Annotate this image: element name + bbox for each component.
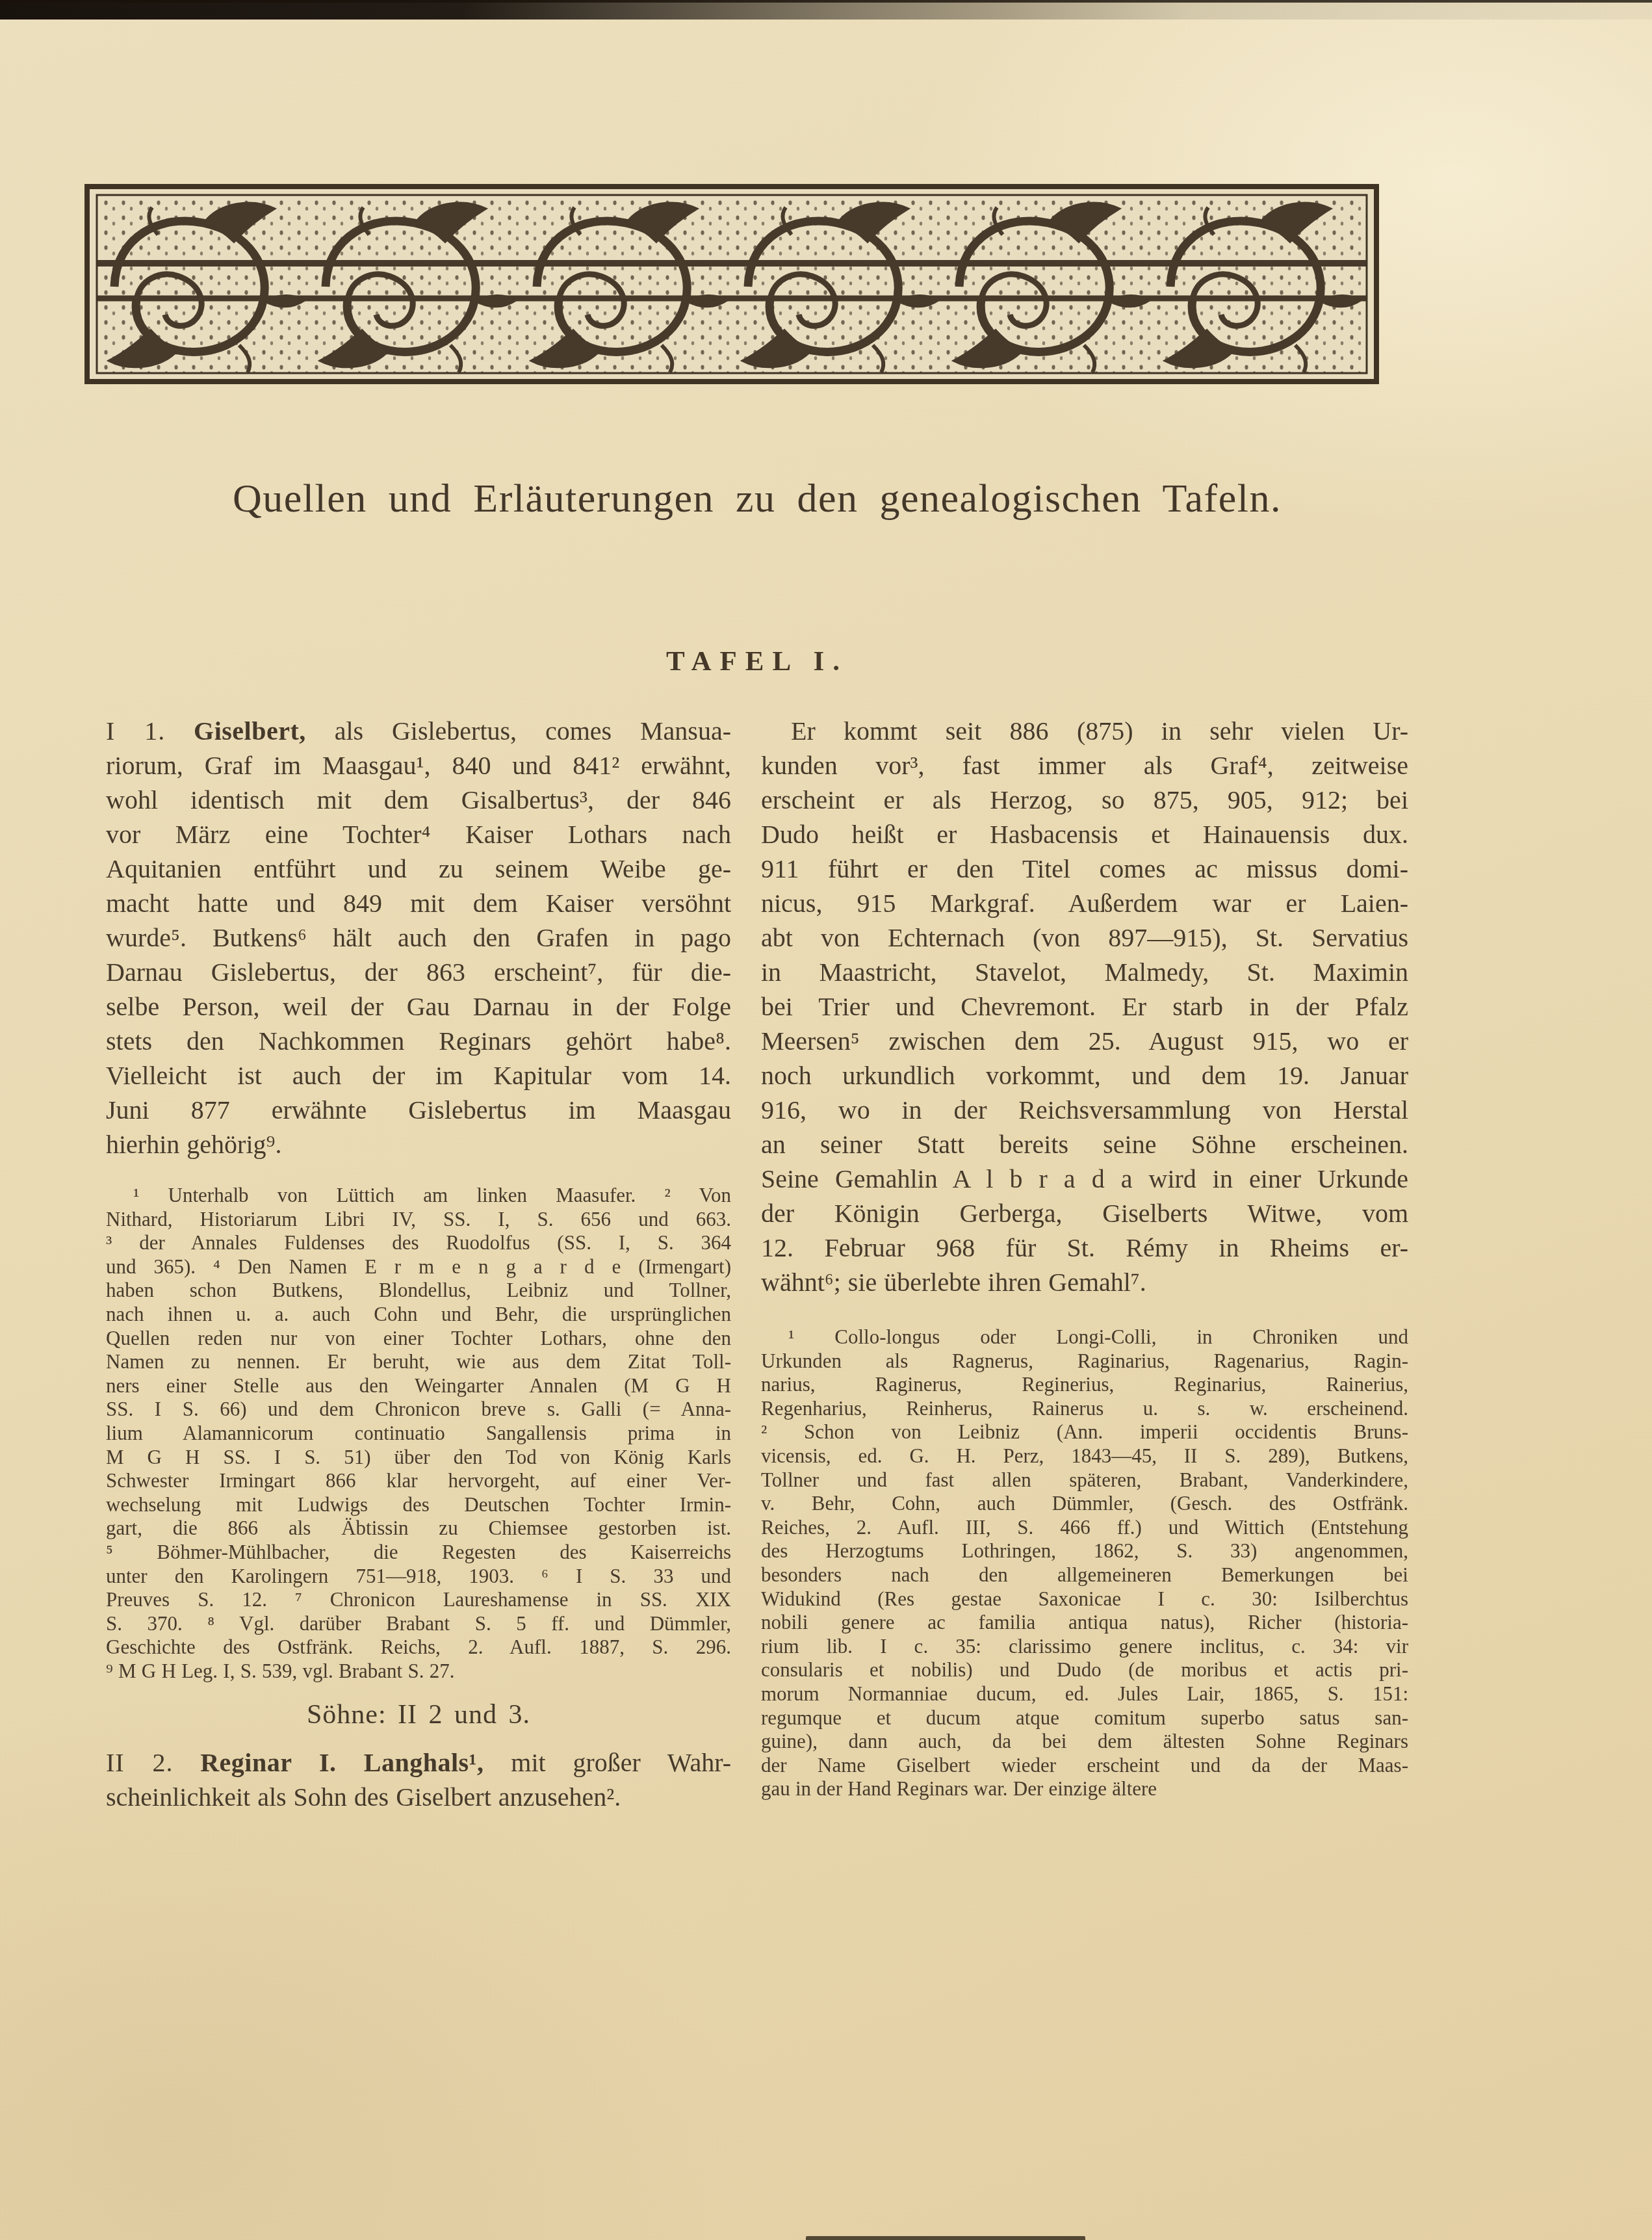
scan-top-edge xyxy=(0,0,1652,20)
text-line: morum Normanniae ducum, ed. Jules Lair, … xyxy=(761,1682,1408,1706)
text-line: noch urkundlich vorkommt, und dem 19. Ja… xyxy=(761,1058,1408,1093)
text-line: erscheint er als Herzog, so 875, 905, 91… xyxy=(761,783,1408,817)
entry-1-first-line-rest: als Gislebertus, comes Mansua- xyxy=(335,716,731,746)
entry-1-headword: Giselbert, xyxy=(194,716,306,746)
text-line: 12. Februar 968 für St. Rémy in Rheims e… xyxy=(761,1231,1408,1265)
text-line: Namen zu nennen. Er beruht, wie aus dem … xyxy=(106,1350,731,1374)
right-footnotes-block: ¹ Collo-longus oder Longi-Colli, in Chro… xyxy=(761,1325,1408,1801)
entry-2-paragraph: II 2. Reginar I. Langhals¹, mit großer W… xyxy=(106,1745,731,1814)
text-line: kunden vor³, fast immer als Graf⁴, zeitw… xyxy=(761,748,1408,783)
text-line: wechselung mit Ludwigs des Deutschen Toc… xyxy=(106,1493,731,1517)
text-line: wähnt⁶; sie überlebte ihren Gemahl⁷. xyxy=(761,1265,1408,1299)
entry-1-paragraph: I 1. Giselbert, als Gislebertus, comes M… xyxy=(106,714,731,1162)
text-line: Dudo heißt er Hasbacensis et Hainauensis… xyxy=(761,817,1408,852)
text-line: unter den Karolingern 751—918, 1903. ⁶ I… xyxy=(106,1565,731,1589)
text-line: consularis et nobilis) und Dudo (de mori… xyxy=(761,1658,1408,1682)
entry-1-first-line: I 1. Giselbert, als Gislebertus, comes M… xyxy=(106,714,731,748)
text-line: Er kommt seit 886 (875) in sehr vielen U… xyxy=(761,714,1408,748)
entry-2-first-line: II 2. Reginar I. Langhals¹, mit großer W… xyxy=(106,1745,731,1780)
text-line: abt von Echternach (von 897—915), St. Se… xyxy=(761,920,1408,955)
text-line: ¹ Unterhalb von Lüttich am linken Maasuf… xyxy=(106,1184,731,1208)
text-line: nach ihnen u. a. auch Cohn und Behr, die… xyxy=(106,1303,731,1327)
entry-1-lines: riorum, Graf im Maasgau¹, 840 und 841² e… xyxy=(106,748,731,1162)
entry-2-headword: Reginar I. Langhals¹, xyxy=(200,1748,484,1777)
text-line: und 365). ⁴ Den Namen E r m e n g a r d … xyxy=(106,1255,731,1279)
soehne-line: Söhne: II 2 und 3. xyxy=(106,1699,731,1731)
text-line: scheinlichkeit als Sohn des Giselbert an… xyxy=(106,1780,731,1814)
text-line: guine), dann auch, da bei dem ältesten S… xyxy=(761,1730,1408,1754)
ornament-band xyxy=(84,184,1379,384)
text-line: besonders nach den allgemeineren Bemerku… xyxy=(761,1563,1408,1587)
text-line: gart, die 866 als Äbtissin zu Chiemsee g… xyxy=(106,1517,731,1541)
text-line: riorum, Graf im Maasgau¹, 840 und 841² e… xyxy=(106,748,731,783)
text-columns: I 1. Giselbert, als Gislebertus, comes M… xyxy=(106,714,1408,1814)
text-line: Geschichte des Ostfränk. Reichs, 2. Aufl… xyxy=(106,1635,731,1660)
text-line: v. Behr, Cohn, auch Dümmler, (Gesch. des… xyxy=(761,1492,1408,1516)
right-column: Er kommt seit 886 (875) in sehr vielen U… xyxy=(761,714,1408,1814)
scan-bottom-edge-mark xyxy=(806,2236,1085,2240)
text-line: ³ der Annales Fuldenses des Ruodolfus (S… xyxy=(106,1231,731,1255)
text-line: Seine Gemahlin A l b r a d a wird in ein… xyxy=(761,1162,1408,1196)
left-column: I 1. Giselbert, als Gislebertus, comes M… xyxy=(106,714,731,1814)
text-line: an seiner Statt bereits seine Söhne ersc… xyxy=(761,1127,1408,1162)
text-line: Quellen reden nur von einer Tochter Loth… xyxy=(106,1327,731,1351)
text-line: S. 370. ⁸ Vgl. darüber Brabant S. 5 ff. … xyxy=(106,1612,731,1636)
text-line: regumque et ducum atque comitum superbo … xyxy=(761,1706,1408,1730)
text-line: hierhin gehörig⁹. xyxy=(106,1127,731,1162)
text-line: wohl identisch mit dem Gisalbertus³, der… xyxy=(106,783,731,817)
text-line: M G H SS. I S. 51) über den Tod von Köni… xyxy=(106,1446,731,1470)
text-line: selbe Person, weil der Gau Darnau in der… xyxy=(106,989,731,1024)
text-line: Urkunden als Ragnerus, Raginarius, Ragen… xyxy=(761,1349,1408,1374)
text-line: 916, wo in der Reichsversammlung von Her… xyxy=(761,1093,1408,1127)
entry-2-first-line-rest: mit großer Wahr- xyxy=(511,1748,731,1777)
page-title: Quellen und Erläuterungen zu den genealo… xyxy=(107,463,1407,534)
left-footnotes-block: ¹ Unterhalb von Lüttich am linken Maasuf… xyxy=(106,1184,731,1683)
text-line: ⁹ M G H Leg. I, S. 539, vgl. Brabant S. … xyxy=(106,1660,731,1684)
text-line: Preuves S. 12. ⁷ Chronicon Laureshamense… xyxy=(106,1588,731,1612)
text-line: bei Trier und Chevremont. Er starb in de… xyxy=(761,989,1408,1024)
text-line: gau in der Hand Reginars war. Der einzig… xyxy=(761,1777,1408,1801)
entry-1-continuation-paragraph: Er kommt seit 886 (875) in sehr vielen U… xyxy=(761,714,1408,1299)
text-line: lium Alamannicorum continuatio Sangallen… xyxy=(106,1422,731,1446)
text-line: Reiches, 2. Aufl. III, S. 466 ff.) und W… xyxy=(761,1516,1408,1540)
text-line: wurde⁵. Butkens⁶ hält auch den Grafen in… xyxy=(106,920,731,955)
text-line: Juni 877 erwähnte Gislebertus im Maasgau xyxy=(106,1093,731,1127)
text-line: narius, Raginerus, Reginerius, Reginariu… xyxy=(761,1373,1408,1397)
text-line: Regenharius, Reinherus, Rainerus u. s. w… xyxy=(761,1397,1408,1421)
text-line: vicensis, ed. G. H. Perz, 1843—45, II S.… xyxy=(761,1444,1408,1468)
text-line: Widukind (Res gestae Saxonicae I c. 30: … xyxy=(761,1587,1408,1611)
text-line: Nithard, Historiarum Libri IV, SS. I, S.… xyxy=(106,1208,731,1232)
text-line: ¹ Collo-longus oder Longi-Colli, in Chro… xyxy=(761,1325,1408,1349)
entry-1-number: I 1. xyxy=(106,716,165,746)
entry-2-lines: scheinlichkeit als Sohn des Giselbert an… xyxy=(106,1780,731,1814)
text-line: ⁵ Böhmer-Mühlbacher, die Regesten des Ka… xyxy=(106,1541,731,1565)
text-line: stets den Nachkommen Reginars gehört hab… xyxy=(106,1024,731,1058)
text-line: SS. I S. 66) und dem Chronicon breve s. … xyxy=(106,1398,731,1422)
entry-2-number: II 2. xyxy=(106,1748,173,1777)
text-line: des Herzogtums Lothringen, 1862, S. 33) … xyxy=(761,1539,1408,1563)
text-line: Schwester Irmingart 866 klar hervorgeht,… xyxy=(106,1469,731,1493)
text-line: haben schon Butkens, Blondellus, Leibniz… xyxy=(106,1279,731,1303)
text-line: nicus, 915 Markgraf. Außerdem war er Lai… xyxy=(761,886,1408,920)
text-line: Vielleicht ist auch der im Kapitular vom… xyxy=(106,1058,731,1093)
text-line: in Maastricht, Stavelot, Malmedy, St. Ma… xyxy=(761,955,1408,989)
text-line: Meersen⁵ zwischen dem 25. August 915, wo… xyxy=(761,1024,1408,1058)
text-line: nobili genere ac familia antiqua natus),… xyxy=(761,1611,1408,1635)
text-line: der Name Giselbert wieder erscheint und … xyxy=(761,1754,1408,1778)
text-line: ners einer Stelle aus den Weingarter Ann… xyxy=(106,1374,731,1398)
book-page: Quellen und Erläuterungen zu den genealo… xyxy=(0,0,1652,2240)
text-line: Tollner und fast allen späteren, Brabant… xyxy=(761,1468,1408,1492)
text-line: der Königin Gerberga, Giselberts Witwe, … xyxy=(761,1196,1408,1231)
scan-top-edge-line xyxy=(0,0,1652,3)
acanthus-scroll-woodcut xyxy=(84,184,1379,384)
text-line: ² Schon von Leibniz (Ann. imperii occide… xyxy=(761,1420,1408,1444)
text-line: macht hatte und 849 mit dem Kaiser versö… xyxy=(106,886,731,920)
text-line: 911 führt er den Titel comes ac missus d… xyxy=(761,852,1408,886)
text-line: Aquitanien entführt und zu seinem Weibe … xyxy=(106,852,731,886)
text-line: vor März eine Tochter⁴ Kaiser Lothars na… xyxy=(106,817,731,852)
section-heading: TAFEL I. xyxy=(107,642,1407,681)
text-line: rium lib. I c. 35: clarissimo genere inc… xyxy=(761,1635,1408,1659)
text-line: Darnau Gislebertus, der 863 erscheint⁷, … xyxy=(106,955,731,989)
